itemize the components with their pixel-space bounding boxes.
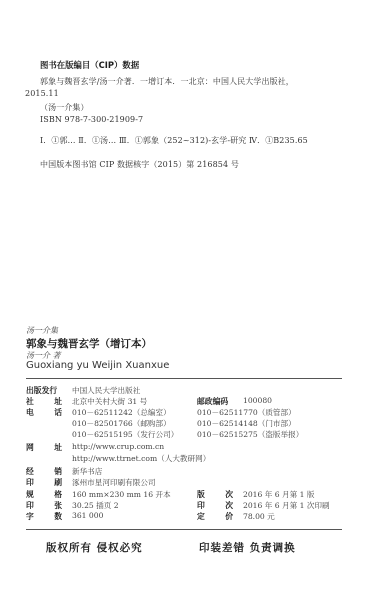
printer-label: 印刷 [26,477,62,488]
phone-right-2: 010－62514148（门市部） [197,418,296,429]
cip-classification: Ⅰ．①郭… Ⅱ．①汤… Ⅲ．①郭象（252~312)-玄学-研究 Ⅳ．①B235… [40,135,308,146]
printing-value: 2016 年 6 月第 1 次印刷 [243,500,330,511]
phone-label: 电话 [26,407,62,418]
series-name: 汤一介集 [26,325,58,336]
price-label: 定价 [197,511,233,522]
address-label: 社址 [26,396,62,407]
words-value: 361 000 [72,511,103,520]
distributor-value: 新华书店 [72,466,102,477]
book-title-pinyin: Guoxiang yu Weijin Xuanxue [26,360,169,371]
phone-right-3: 010－62515275（盗版举报） [197,429,303,440]
distributor-label: 经销 [26,466,62,477]
publisher-label: 出版发行 [26,385,57,396]
website-link-1[interactable]: http://www.crup.com.cn [72,442,164,451]
words-label: 字数 [26,511,62,522]
address-value: 北京中关村大街 31 号 [72,396,147,407]
divider-bottom [26,529,342,530]
divider-top [26,378,342,379]
website-label: 网址 [26,442,62,453]
price-value: 78.00 元 [243,511,275,522]
edition-label: 版次 [197,489,233,500]
printer-value: 涿州市星河印刷有限公司 [72,477,156,488]
cip-line-1: 郭象与魏晋玄学/汤一介著．一增订本．一北京：中国人民大学出版社， [40,76,294,87]
cip-record-number: 中国版本图书馆 CIP 数据核字（2015）第 216854 号 [40,159,239,170]
cip-line-3: （汤一介集） [40,102,89,113]
printing-label: 印次 [197,500,233,511]
cip-line-2: 2015.11 [25,89,59,98]
postcode-label: 邮政编码 [197,396,228,407]
sheets-value: 30.25 插页 2 [72,500,119,511]
phone-left-2: 010－82501766（邮购部） [72,418,171,429]
book-title: 郭象与魏晋玄学（增订本） [26,336,152,351]
publisher-value: 中国人民大学出版社 [72,385,140,396]
sheets-label: 印张 [26,500,62,511]
copyright-notice: 版权所有 侵权必究 [46,540,143,555]
defect-exchange-notice: 印装差错 负责调换 [199,540,296,555]
postcode-value: 100080 [243,396,272,405]
phone-right-1: 010－62511770（质管部） [197,407,296,418]
phone-left-1: 010－62511242（总编室） [72,407,171,418]
edition-value: 2016 年 6 月第 1 版 [243,489,314,500]
cip-isbn: ISBN 978-7-300-21909-7 [40,115,143,124]
size-value: 160 mm×230 mm 16 开本 [72,489,171,500]
size-label: 规格 [26,489,62,500]
website-link-2[interactable]: http://www.ttrnet.com（人大教研网） [72,453,210,464]
phone-left-3: 010－62515195（发行公司） [72,429,178,440]
cip-heading: 图书在版编目（CIP）数据 [40,59,139,71]
